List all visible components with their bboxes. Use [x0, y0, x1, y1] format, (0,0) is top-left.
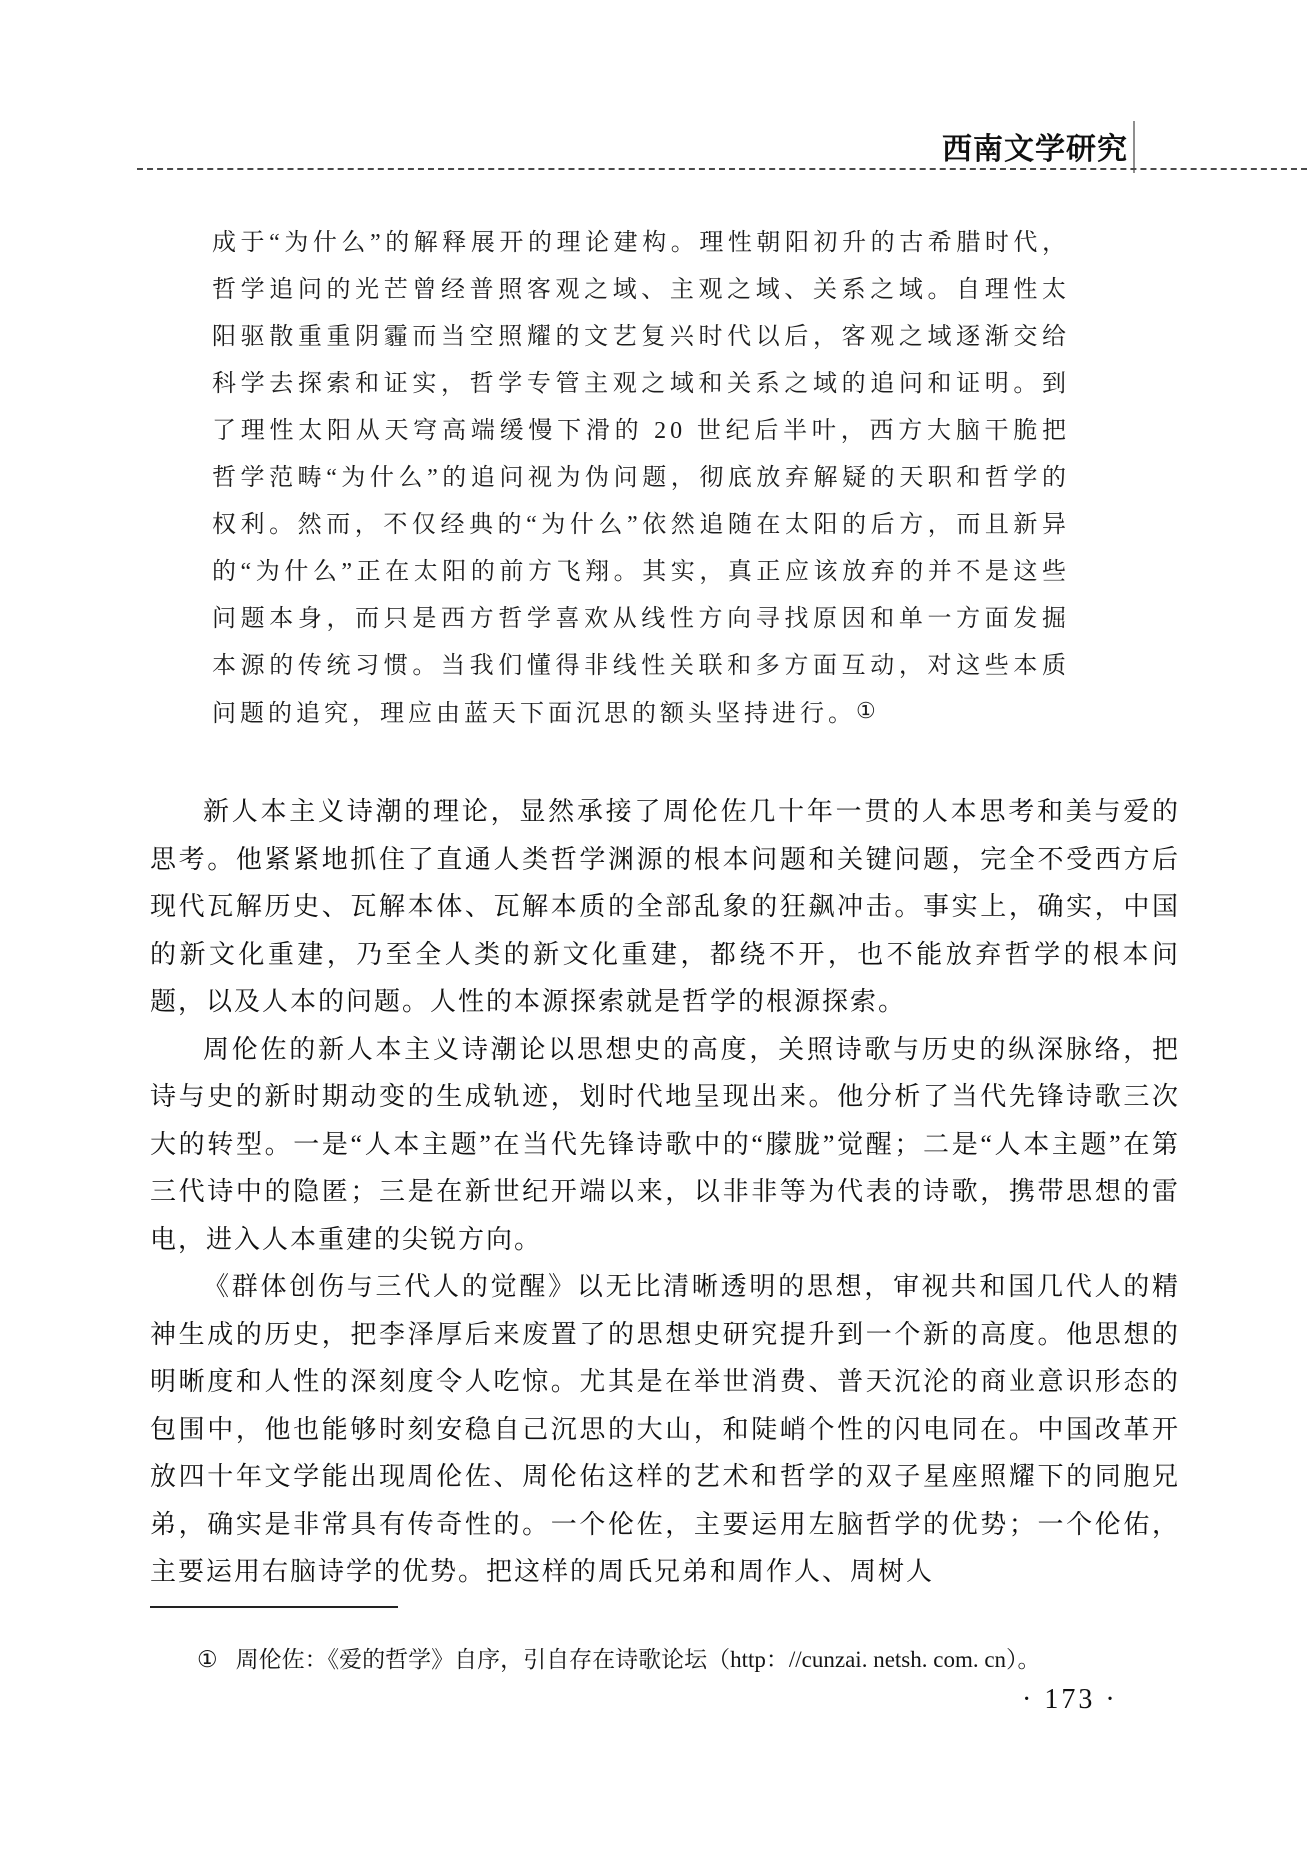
body-paragraph-1: 新人本主义诗潮的理论，显然承接了周伦佐几十年一贯的人本思考和美与爱的思考。他紧紧… [150, 788, 1180, 1026]
block-quote: 成于“为什么”的解释展开的理论建构。理性朝阳初升的古希腊时代，哲学追问的光芒曾经… [212, 220, 1070, 738]
document-page: 西南文学研究 成于“为什么”的解释展开的理论建构。理性朝阳初升的古希腊时代，哲学… [0, 0, 1307, 1859]
footnote-divider-rule [150, 1606, 398, 1608]
body-paragraph-3: 《群体创伤与三代人的觉醒》以无比清晰透明的思想，审视共和国几代人的精神生成的历史… [150, 1263, 1180, 1596]
footnote-reference-mark: ① [856, 698, 876, 723]
body-paragraph-2: 周伦佐的新人本主义诗潮论以思想史的高度，关照诗歌与历史的纵深脉络，把诗与史的新时… [150, 1026, 1180, 1264]
footnote-marker: ① [197, 1647, 218, 1672]
running-head-journal-title: 西南文学研究 [942, 124, 1128, 168]
block-quote-text: 成于“为什么”的解释展开的理论建构。理性朝阳初升的古希腊时代，哲学追问的光芒曾经… [212, 230, 1070, 727]
running-head-dashed-divider [137, 168, 1307, 170]
footnote: ①周伦佐：《爱的哲学》自序，引自存在诗歌论坛（http：//cunzai. ne… [197, 1642, 1147, 1678]
footnote-text: 周伦佐：《爱的哲学》自序，引自存在诗歌论坛（http：//cunzai. net… [236, 1647, 1041, 1672]
page-number: · 173 · [1022, 1684, 1118, 1716]
running-head-vertical-rule [1133, 121, 1135, 173]
body-text: 新人本主义诗潮的理论，显然承接了周伦佐几十年一贯的人本思考和美与爱的思考。他紧紧… [150, 788, 1180, 1596]
